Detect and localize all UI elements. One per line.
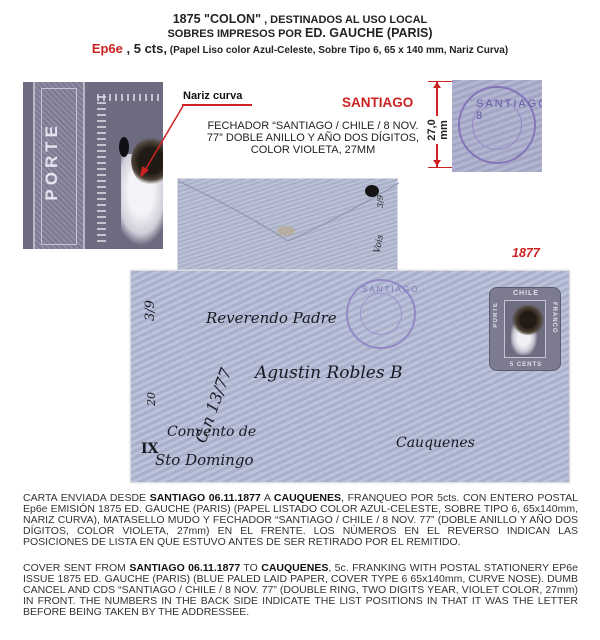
nose-callout-label: Nariz curva xyxy=(183,90,242,102)
ink-blot xyxy=(119,137,129,157)
stamp-left-word: PORTE xyxy=(493,302,499,328)
postmark-enlargement-image: SANTIAGO 8 xyxy=(452,80,542,172)
dimension-label: 27,0 mm xyxy=(424,116,452,144)
postmark-city-label: SANTIAGO xyxy=(342,95,413,110)
addressee-line-1: Reverendo Padre xyxy=(206,309,337,327)
sender-line-1: Convento de xyxy=(167,424,256,440)
catalog-code: Ep6e xyxy=(92,41,123,56)
dumb-cancel-mark xyxy=(511,305,545,335)
addressee-line-2: Agustin Robles B xyxy=(255,363,403,383)
back-note-1: 3/9 xyxy=(376,195,385,208)
dimension-tick-bottom xyxy=(428,167,454,168)
title-rest: , DESTINADOS AL USO LOCAL xyxy=(261,14,427,26)
postmark-detail-text: SANTIAGO 8 xyxy=(476,98,542,122)
year-label: 1877 xyxy=(512,246,540,260)
destination: Cauquenes xyxy=(396,435,475,451)
callout-arrow-icon xyxy=(130,100,190,180)
printer-prefix: SOBRES IMPRESOS POR xyxy=(167,28,305,40)
printer-name: ED. GAUCHE (PARIS) xyxy=(305,26,433,40)
title-line-3: Ep6e , 5 cts, (Papel Liso color Azul-Cel… xyxy=(0,41,600,56)
title-main: 1875 "COLON" xyxy=(173,12,261,26)
greek-key-border xyxy=(97,96,106,246)
dimension-tick-top xyxy=(428,81,454,82)
face-value: , 5 cts, xyxy=(123,41,167,56)
cover-back-image: 3/9 Vois xyxy=(177,178,398,270)
caption-english: COVER SENT FROM SANTIAGO 06.11.1877 TO C… xyxy=(23,563,578,618)
stamp-frame-word: PORTE xyxy=(42,122,56,201)
stamp-country: CHILE xyxy=(490,290,562,297)
sender-line-2: Sto Domingo xyxy=(155,451,253,469)
stamp-value: 5 CENTS xyxy=(490,362,562,368)
stationery-description: (Papel Liso color Azul-Celeste, Sobre Ti… xyxy=(167,45,508,56)
postmark-description: FECHADOR “SANTIAGO / CHILE / 8 NOV. 77” … xyxy=(198,120,428,156)
callout-underline xyxy=(182,104,252,106)
arrowhead-down-icon xyxy=(433,160,441,166)
margin-number-mid: 20 xyxy=(145,392,158,406)
back-note-2: Vois xyxy=(373,234,386,254)
front-postmark: SANTIAGO xyxy=(346,279,416,349)
title-line-1: 1875 "COLON" , DESTINADOS AL USO LOCAL xyxy=(0,12,600,26)
caption-spanish: CARTA ENVIADA DESDE SANTIAGO 06.11.1877 … xyxy=(23,493,578,548)
title-line-2: SOBRES IMPRESOS POR ED. GAUCHE (PARIS) xyxy=(0,26,600,40)
cover-front-image: SANTIAGO 3/9 20 Reverendo Padre C.n 13/7… xyxy=(130,270,570,483)
arrowhead-up-icon xyxy=(433,82,441,88)
margin-number-top: 3/9 xyxy=(143,300,158,321)
imprinted-stamp: CHILE PORTE FRANCO 5 CENTS xyxy=(489,287,561,371)
stamp-portrait-panel xyxy=(504,300,546,358)
stamp-right-word: FRANCO xyxy=(551,302,557,334)
